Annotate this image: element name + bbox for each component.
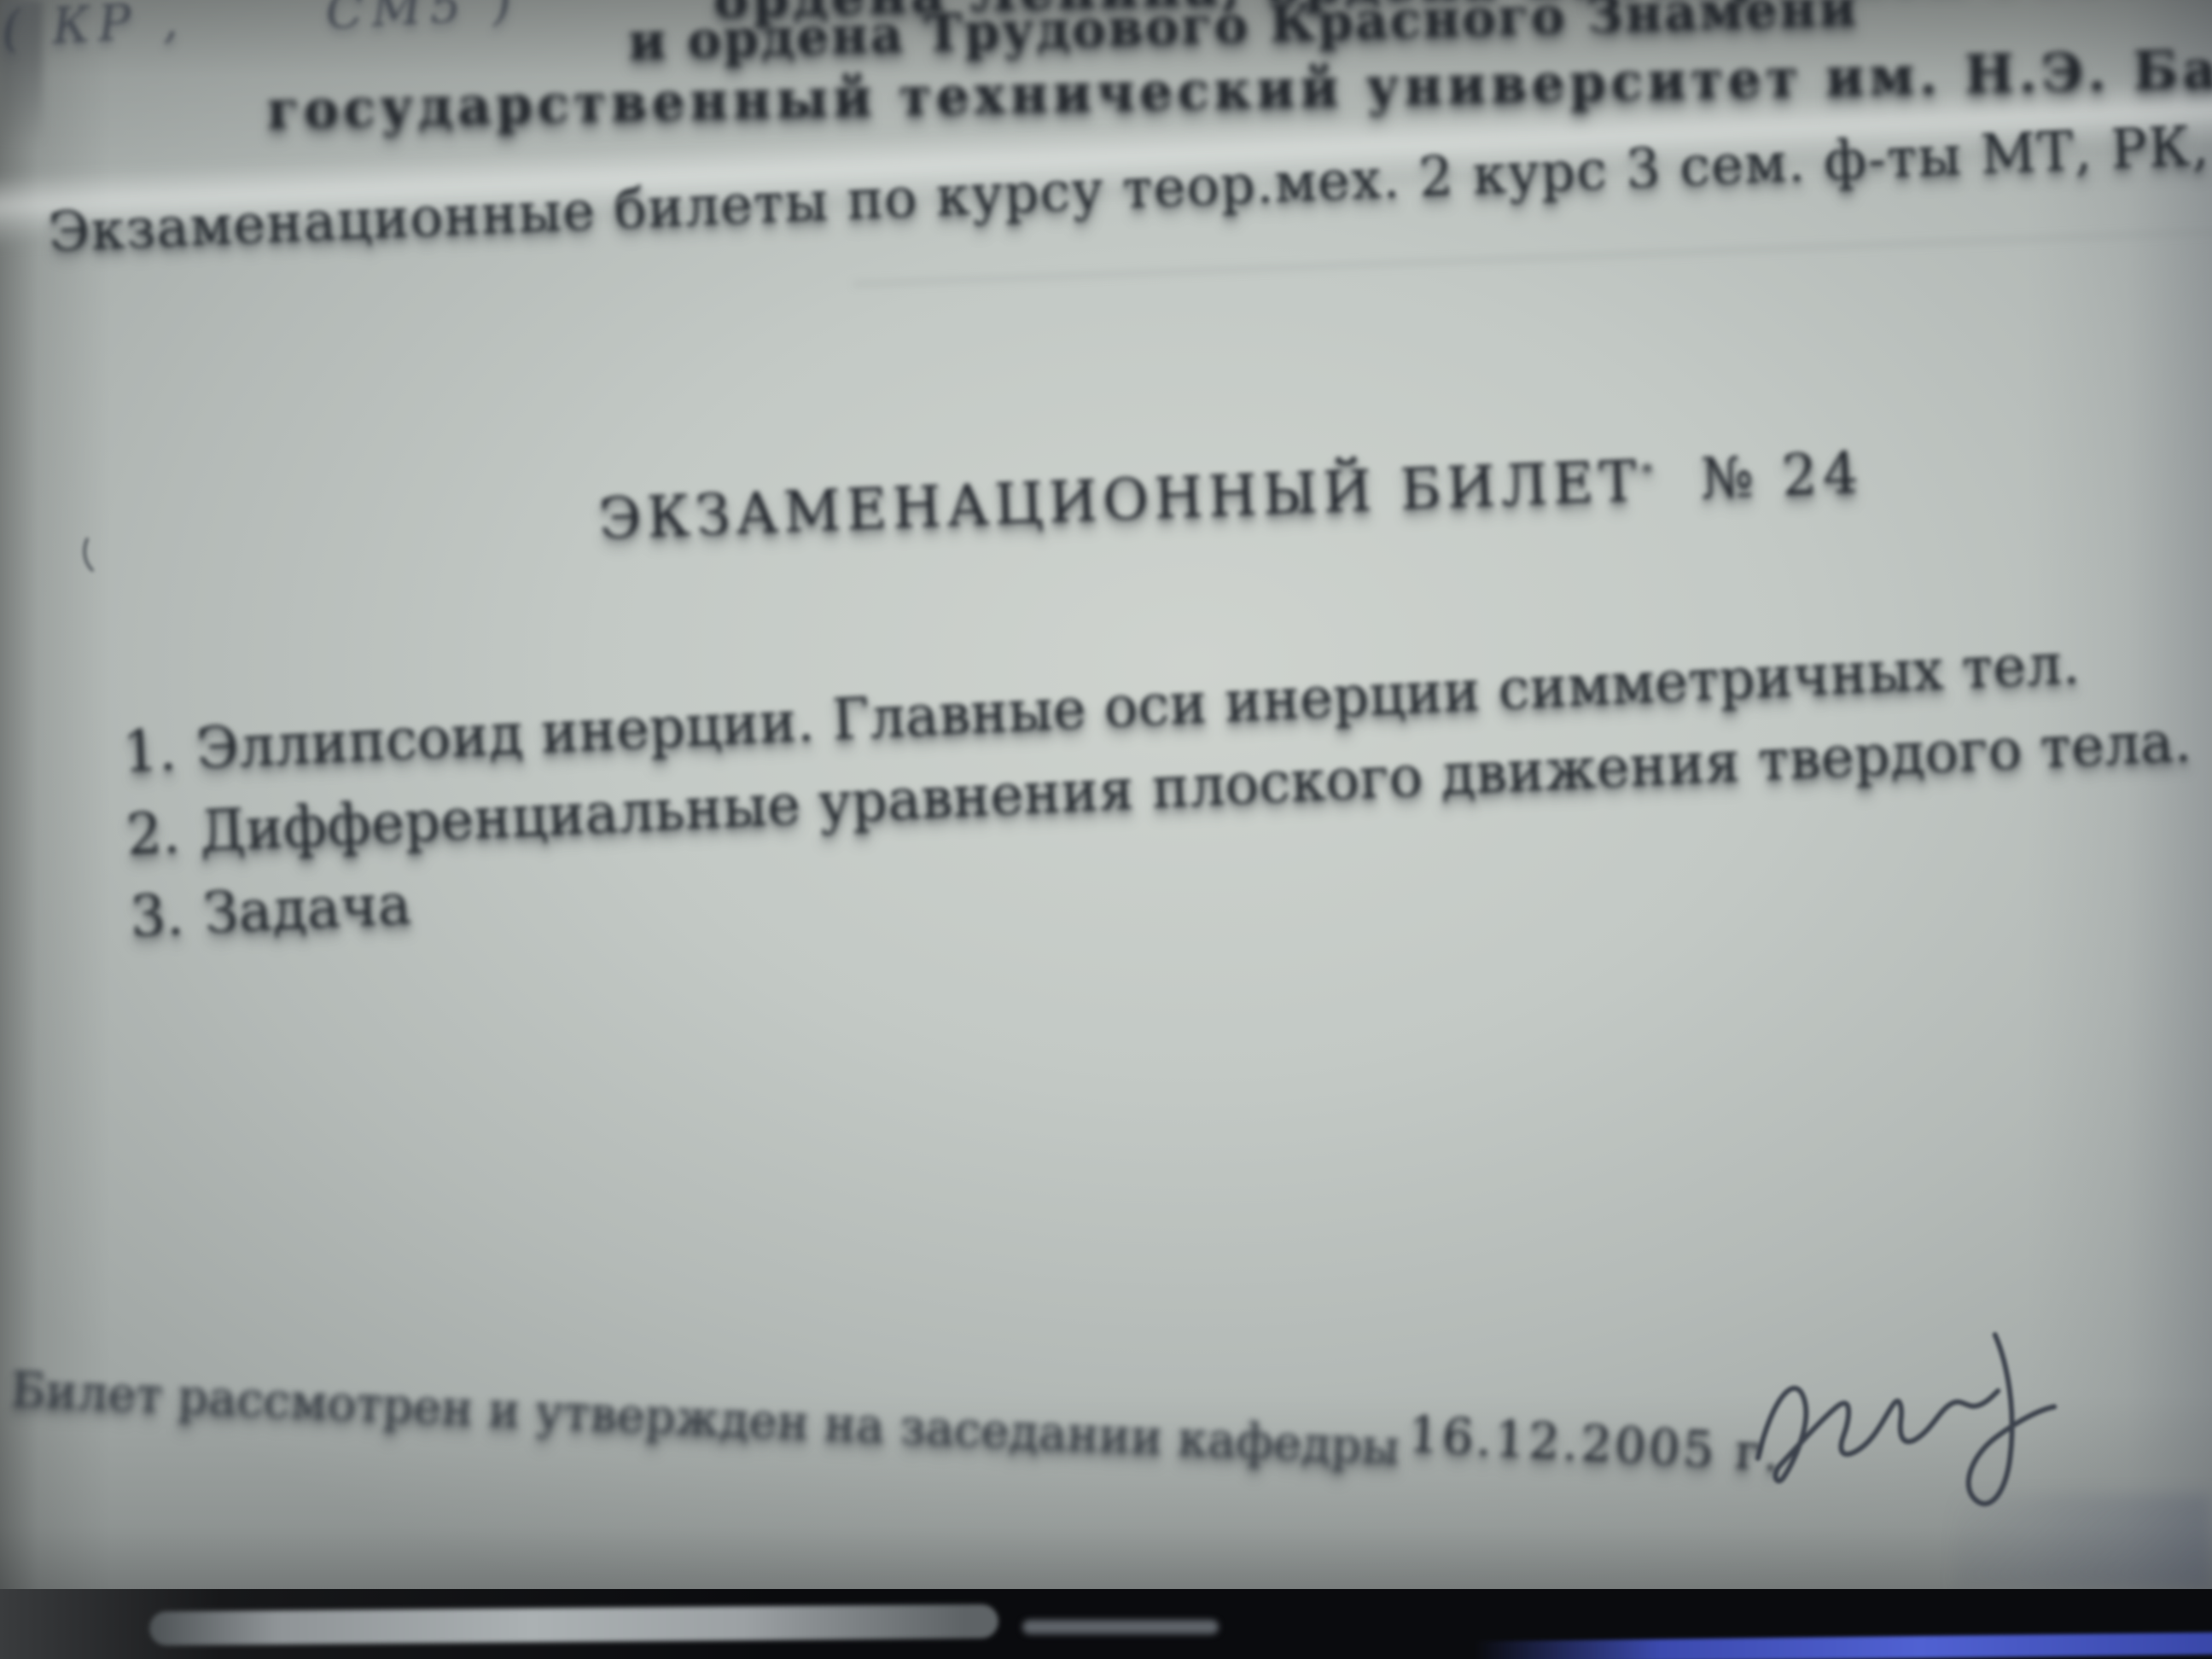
question-number: 1. [121, 715, 198, 787]
stray-pen-mark [79, 536, 102, 573]
sheet-edge-faint-line [853, 228, 2212, 287]
ticket-title: ЭКЗАМЕНАЦИОННЫЙ БИЛЕТ*№ 24 [597, 440, 1865, 552]
ticket-footnote-mark: * [1641, 458, 1654, 486]
question-text: Задача [202, 870, 413, 948]
question-number: 3. [129, 880, 206, 952]
approval-date: 16.12.2005 г. [1406, 1405, 1783, 1482]
ticket-title-text: ЭКЗАМЕНАЦИОННЫЙ БИЛЕТ [597, 448, 1643, 552]
approval-statement: Билет рассмотрен и утвержден на заседани… [9, 1362, 1400, 1476]
dark-table-edge [0, 1589, 2212, 1659]
question-number: 2. [125, 798, 201, 870]
table-gray-streak-small [1022, 1620, 1219, 1634]
table-gray-streak [149, 1604, 998, 1646]
table-blue-strip [1475, 1633, 2212, 1659]
ticket-number: № 24 [1699, 440, 1865, 512]
question-list: 1. Эллипсоид инерции. Главные оси инерци… [121, 625, 2197, 965]
exam-ticket-photo: ордена Ленина, ордена Октябрьской Револю… [0, 0, 2212, 1659]
signature-scribble-icon [1732, 1278, 2121, 1553]
